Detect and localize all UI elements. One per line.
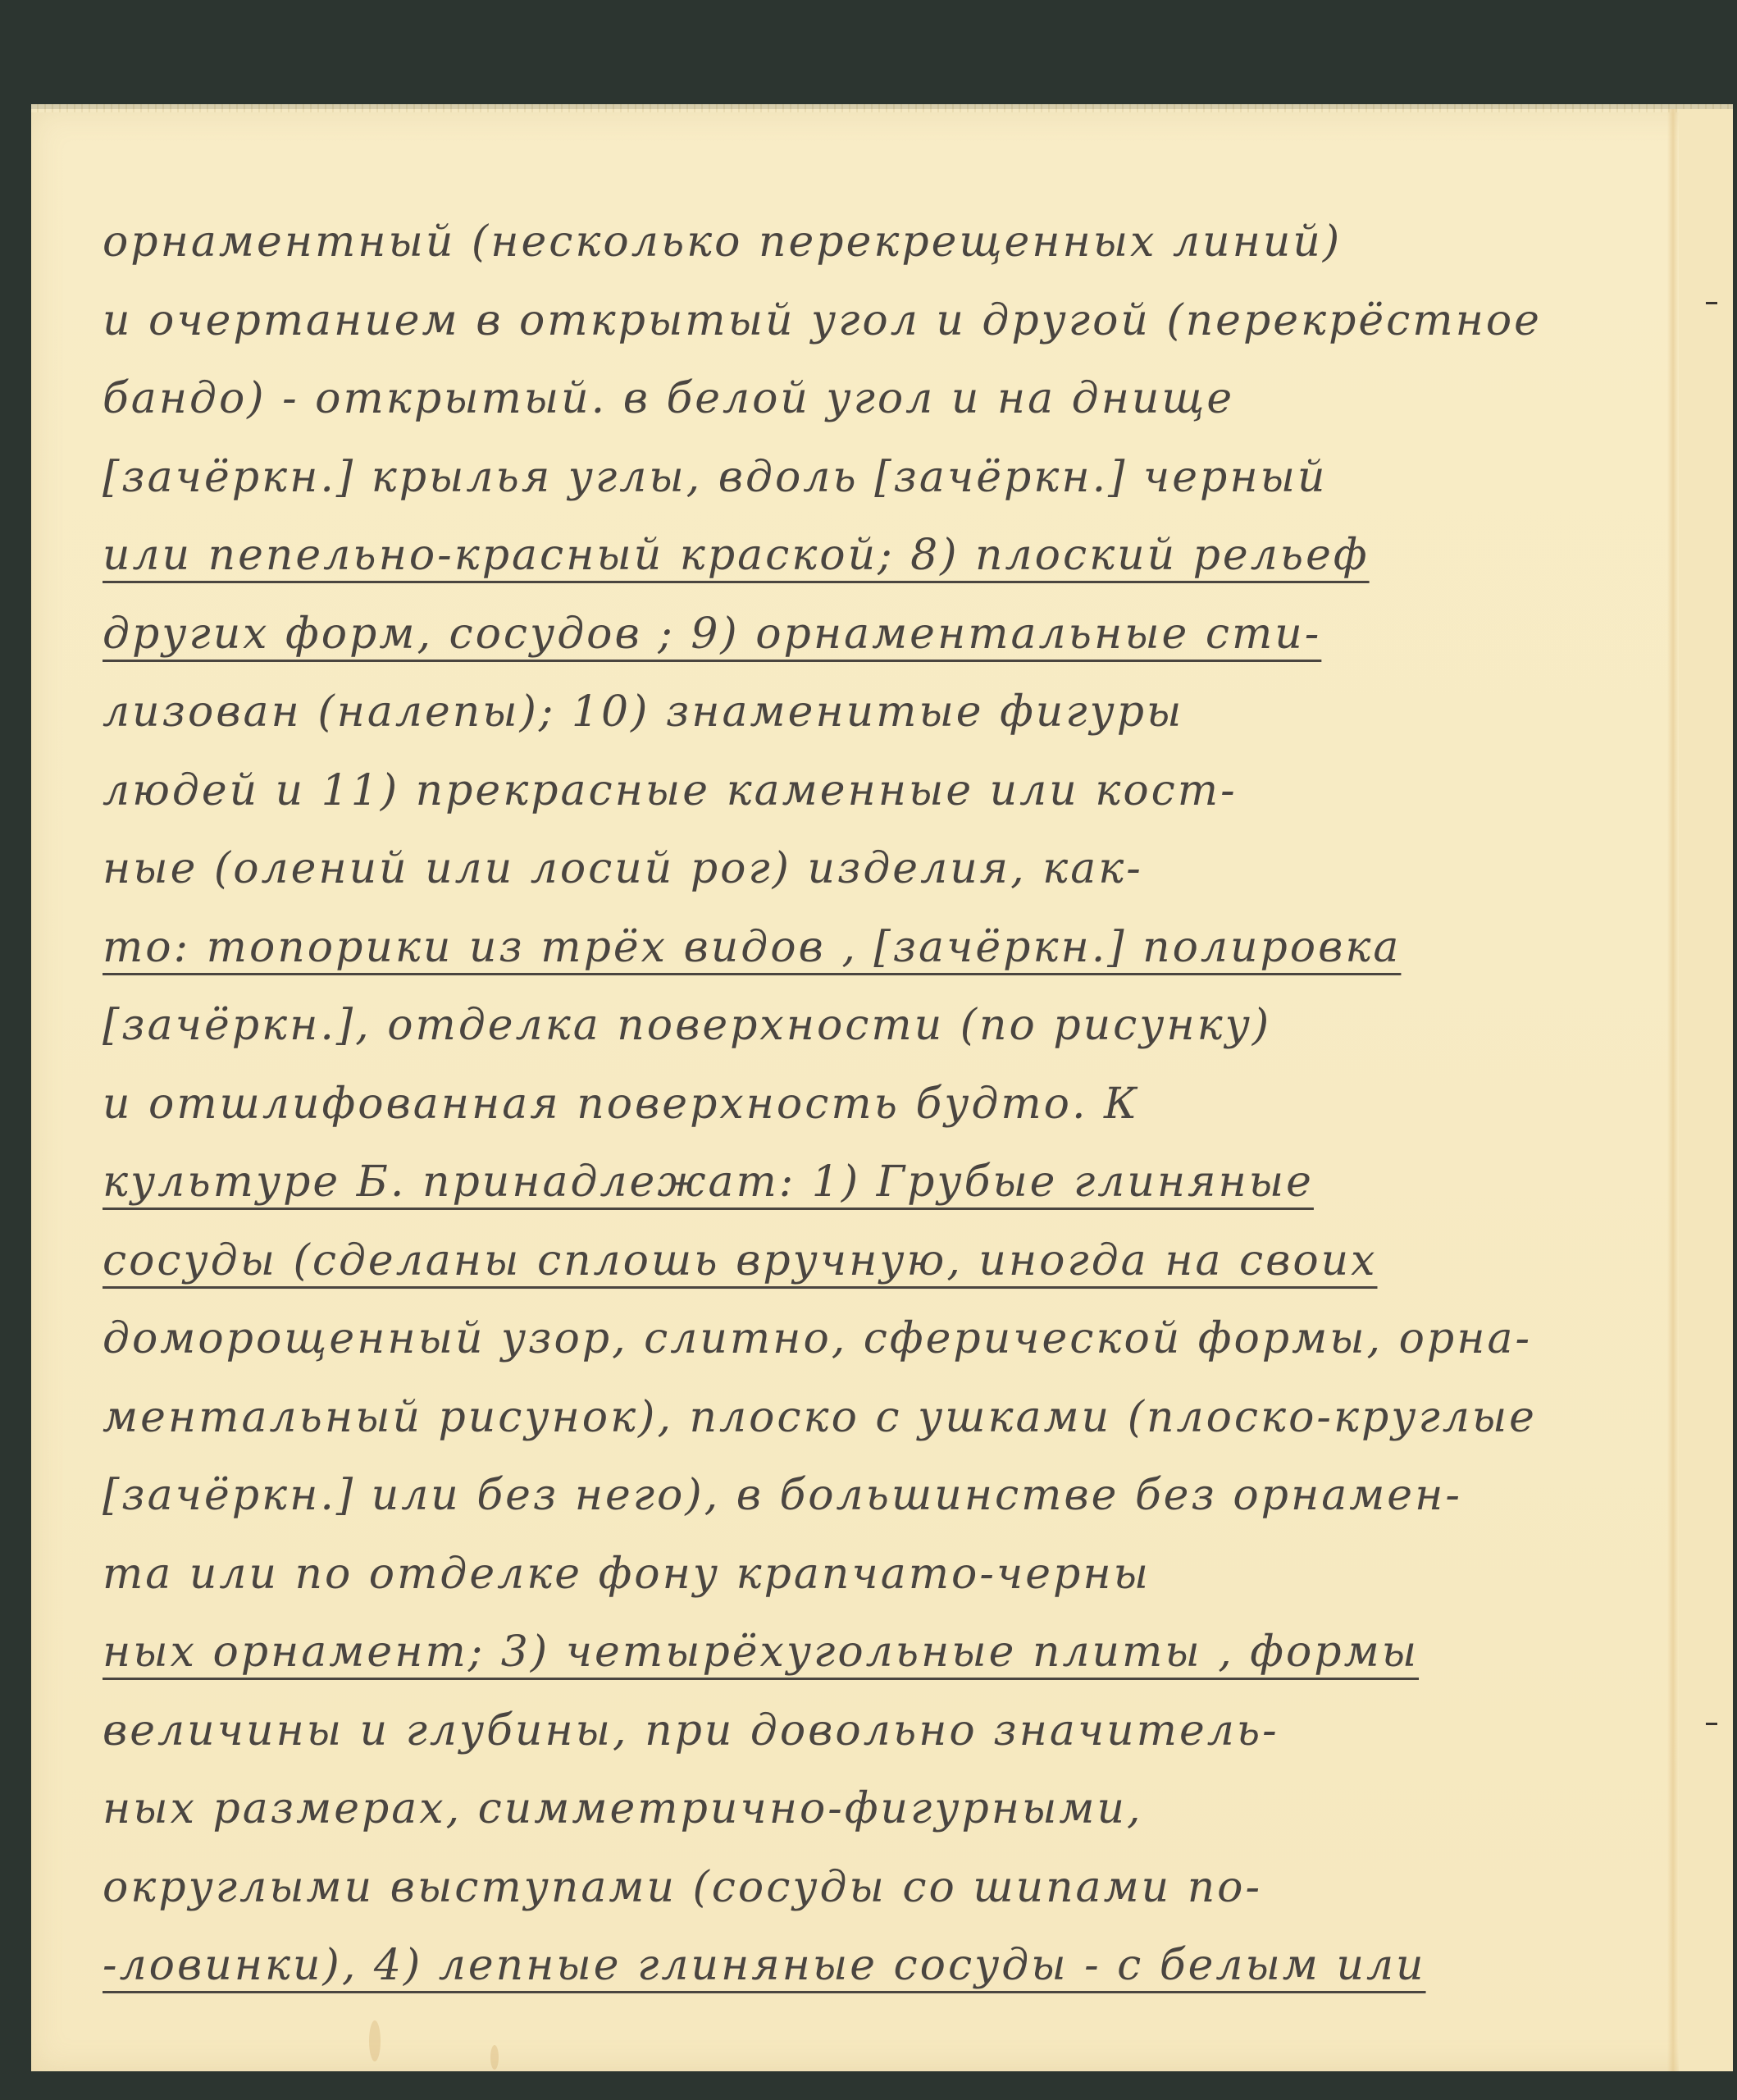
text-line: [зачёркн.] крылья углы, вдоль [зачёркн.]…	[103, 449, 1628, 506]
text-line: то: топорики из трёх видов , [зачёркн.] …	[103, 919, 1628, 976]
text-line: сосуды (сделаны сплошь вручную, иногда н…	[103, 1232, 1628, 1290]
text-line: людей и 11) прекрасные каменные или кост…	[103, 762, 1628, 819]
text-line: культуре Б. принадлежат: 1) Грубые глиня…	[103, 1153, 1628, 1211]
paper-stain	[490, 2045, 499, 2070]
handwritten-text-block: орнаментный (несколько перекрещенных лин…	[103, 213, 1628, 2016]
adjacent-page-strip	[1679, 109, 1733, 2071]
text-line: -ловинки), 4) лепные глиняные сосуды - с…	[103, 1937, 1628, 1994]
text-line: округлыми выступами (сосуды со шипами по…	[103, 1859, 1628, 1916]
paper-fold	[1667, 109, 1679, 2071]
text-line: [зачёркн.], отделка поверхности (по рису…	[103, 997, 1628, 1054]
paper-torn-edge	[31, 104, 1733, 112]
text-line: других форм, сосудов ; 9) орнаментальные…	[103, 605, 1628, 663]
margin-tick	[1706, 1723, 1717, 1725]
text-line: величины и глубины, при довольно значите…	[103, 1702, 1628, 1760]
text-line: ментальный рисунок), плоско с ушками (пл…	[103, 1389, 1628, 1446]
text-line: и отшлифованная поверхность будто. К	[103, 1075, 1628, 1133]
text-line: или пепельно-красный краской; 8) плоский…	[103, 527, 1628, 584]
paper-stain	[369, 2020, 381, 2061]
margin-tick	[1706, 302, 1717, 304]
text-line: доморощенный узор, слитно, сферической ф…	[103, 1310, 1628, 1367]
text-line: ные (олений или лосий рог) изделия, как-	[103, 840, 1628, 897]
text-line: ных размерах, симметрично-фигурными,	[103, 1780, 1628, 1837]
text-line: ных орнамент; 3) четырёхугольные плиты ,…	[103, 1623, 1628, 1681]
text-line: та или по отделке фону крапчато-черны	[103, 1545, 1628, 1603]
text-line: лизован (налепы); 10) знаменитые фигуры	[103, 683, 1628, 741]
text-line: бандо) - открытый. в белой угол и на дни…	[103, 370, 1628, 427]
text-line: и очертанием в открытый угол и другой (п…	[103, 292, 1628, 349]
text-line: орнаментный (несколько перекрещенных лин…	[103, 213, 1628, 271]
text-line: [зачёркн.] или без него), в большинстве …	[103, 1467, 1628, 1524]
